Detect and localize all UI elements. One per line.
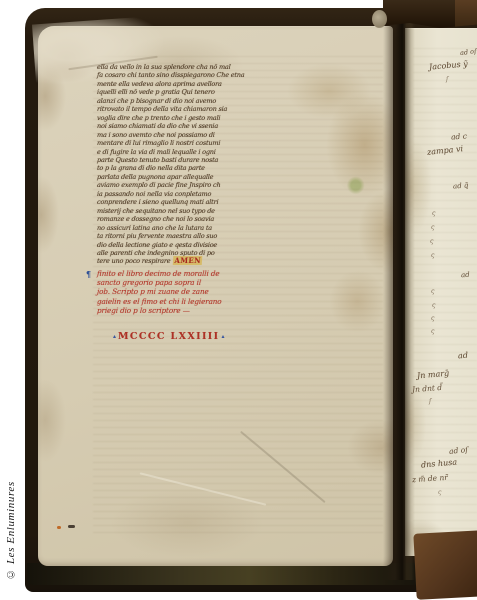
marginalia-fragment: z m̃ de nr̃: [412, 473, 448, 484]
marginalia-fragment: ad: [458, 351, 468, 361]
marginalia-fragment: ad: [461, 271, 470, 279]
marginalia-fragment: ς: [438, 489, 441, 496]
rubric-line: job. Scripto p mi zuane de zane: [97, 287, 243, 296]
marginalia-fragment: ς: [431, 328, 434, 335]
marginalia-fragment: ad oſt: [460, 47, 477, 57]
marginalia-fragment: ς: [431, 315, 434, 322]
manuscript-line: alanzi che p bisognar di dio noi avemo: [97, 97, 243, 105]
marginalia-fragment: ſ: [446, 76, 448, 83]
manuscript-line: voglia dire che p trento che i gesto mal…: [97, 114, 243, 122]
date-ornament-left: ▴: [111, 333, 118, 340]
crease-line: [240, 431, 325, 503]
left-page: ella da vello in la sua splendore cha nō…: [38, 26, 393, 566]
body-text: ella da vello in la sua splendore cha nō…: [97, 63, 242, 266]
manuscript-line: ta ritorni piu fervente maestra allo suo: [97, 232, 243, 240]
marginalia-fragment: ς: [431, 252, 434, 259]
colophon-date: ▴MCCCC LXXIIII▴: [111, 324, 242, 343]
manuscript-line: aviamo exemplo di pacie fine Jnspiro ch: [97, 181, 243, 189]
binding-bottom-edge: [27, 563, 431, 585]
manuscript-line: fa cosaro chi tanto sino disspiegarono C…: [97, 71, 243, 79]
marginalia-fragment: ad q̃: [453, 181, 469, 190]
binding-top-edge: [383, 0, 477, 28]
rubric-lines: finito el libro decimo de moralli desanc…: [97, 269, 242, 315]
crease-line: [140, 472, 267, 505]
photo-canvas: © Les Enluminures ella da vello in la su…: [0, 0, 477, 600]
marginalia-fragment: Jn dnt d̃: [412, 383, 443, 394]
copyright-watermark: © Les Enluminures: [5, 380, 22, 580]
manuscript-line: ia passando noi nella via conpletamo: [97, 190, 243, 198]
marginalia-fragment: ad oſ: [449, 445, 469, 456]
manuscript-line: e di fugire la via di mali lequalle i og…: [97, 148, 243, 156]
marginalia-fragment: ς: [431, 224, 434, 231]
rubric-line: priegi dio p lo scriptore —: [97, 306, 243, 315]
gutter-top-knot: [372, 10, 387, 28]
manuscript-line: misterij che sequitano nel suo typo de: [97, 207, 243, 215]
marginalia-fragment: dns husa: [421, 457, 458, 469]
manuscript-line: iquelli elli nō vede p gratia Qui tenero: [97, 88, 243, 96]
marginalia-fragment: ad c: [451, 131, 467, 141]
marginalia-fragment: zampa vi: [427, 144, 464, 157]
marginalia-fragment: ς: [432, 210, 435, 217]
manuscript-line: to p la grana di dio nella dita parte: [97, 164, 243, 172]
manuscript-line: no assicuri latina ano che la lutara ta: [97, 224, 243, 232]
orange-speck: [57, 526, 61, 529]
rubric-line: finito el libro decimo de moralli de: [97, 269, 243, 278]
manuscript-line: tere uno poco respirareAMEN: [97, 257, 243, 265]
right-page: ad oſtJacobus ỹſad czampa viad q̃ςςςςadς…: [405, 28, 477, 556]
paraph-mark: ¶: [86, 269, 91, 279]
marginalia-fragment: ς: [432, 302, 435, 309]
marginalia-fragment: Jacobus ỹ: [429, 59, 468, 71]
marginalia-fragment: ς: [431, 288, 434, 295]
rubric-line: gaielin es el fimo et chi li legierano: [97, 297, 243, 306]
manuscript-line: mentare di lui rimaglio li nostri costum…: [97, 139, 243, 147]
manuscript-line: romanze e dossegno che noi lo soavia: [97, 215, 243, 223]
date-roman-numeral: MCCCC LXXIIII: [118, 331, 219, 342]
ink-speck: [68, 525, 75, 528]
manuscript-line: ma i sono avemto che noi possiamo di: [97, 131, 243, 139]
marginalia-fragment: ς: [430, 238, 433, 245]
marginalia-fragment: ſ: [429, 398, 431, 405]
manuscript-line: ritrovato il tempo della vita chiamaron …: [97, 105, 243, 113]
binding-bottom-right: [413, 530, 477, 600]
manuscript-text-block: ella da vello in la sua splendore cha nō…: [97, 63, 242, 343]
gutter-shadow: [383, 20, 415, 580]
rubric-colophon: ¶ finito el libro decimo de moralli desa…: [97, 269, 242, 315]
amen-word: AMEN: [173, 256, 202, 265]
manuscript-line: conprendere i sieno quellunq mati altri: [97, 198, 243, 206]
manuscript-line: noi siamo chiamati da dio che vi ssenia: [97, 122, 243, 130]
book-photo: ella da vello in la sua splendore cha nō…: [25, 8, 477, 592]
marginalia-fragment: Jn marḡ: [417, 369, 450, 381]
date-ornament-right: ▴: [219, 333, 226, 340]
manuscript-line: dio della lectione giato e qesta divisio…: [97, 241, 243, 249]
